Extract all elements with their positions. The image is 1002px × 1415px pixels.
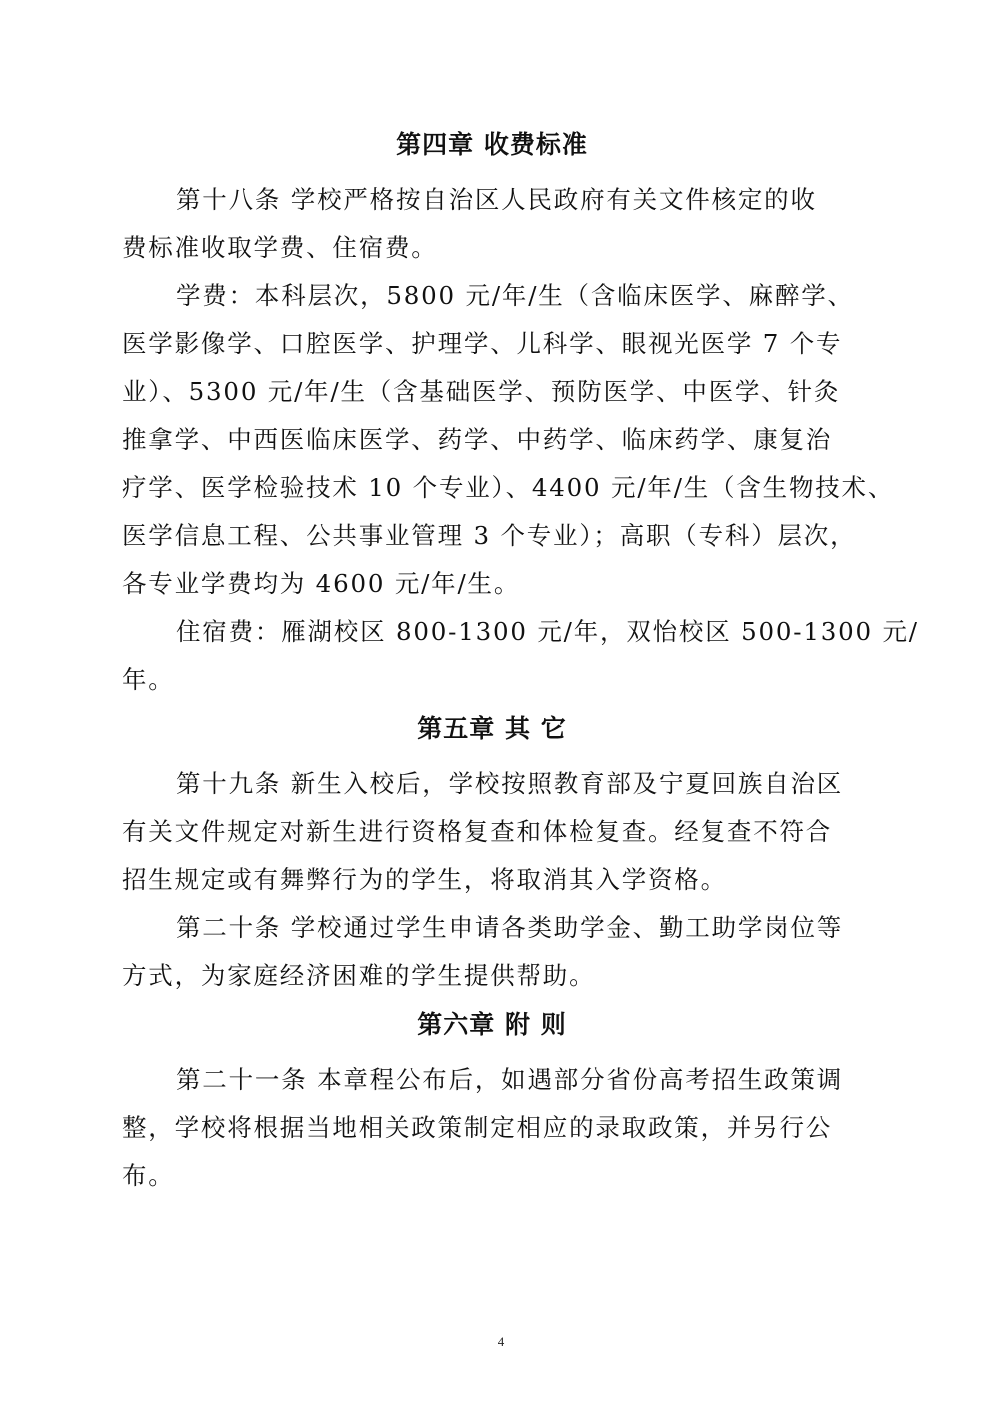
chapter-title: 第五章 其 它 — [122, 704, 862, 754]
text-line: 布。 — [122, 1152, 862, 1200]
accommodation-paragraph: 住宿费：雁湖校区 800-1300 元/年，双怡校区 500-1300 元/ 年… — [122, 608, 862, 704]
text-line: 第十九条 新生入校后，学校按照教育部及宁夏回族自治区 — [122, 760, 862, 808]
text-line: 第二十一条 本章程公布后，如遇部分省份高考招生政策调 — [122, 1056, 862, 1104]
article-19: 第十九条 新生入校后，学校按照教育部及宁夏回族自治区 有关文件规定对新生进行资格… — [122, 760, 862, 904]
text-line: 住宿费：雁湖校区 800-1300 元/年，双怡校区 500-1300 元/ — [122, 608, 862, 656]
text-line: 疗学、医学检验技术 10 个专业）、4400 元/年/生（含生物技术、 — [122, 464, 862, 512]
chapter-5: 第五章 其 它 第十九条 新生入校后，学校按照教育部及宁夏回族自治区 有关文件规… — [122, 704, 862, 1000]
text-line: 第二十条 学校通过学生申请各类助学金、勤工助学岗位等 — [122, 904, 862, 952]
chapter-title: 第六章 附 则 — [122, 1000, 862, 1050]
document-page: 第四章 收费标准 第十八条 学校严格按自治区人民政府有关文件核定的收 费标准收取… — [122, 120, 862, 1200]
text-line: 招生规定或有舞弊行为的学生，将取消其入学资格。 — [122, 856, 862, 904]
text-line: 有关文件规定对新生进行资格复查和体检复查。经复查不符合 — [122, 808, 862, 856]
chapter-6: 第六章 附 则 第二十一条 本章程公布后，如遇部分省份高考招生政策调 整，学校将… — [122, 1000, 862, 1200]
text-line: 年。 — [122, 656, 862, 704]
article-18: 第十八条 学校严格按自治区人民政府有关文件核定的收 费标准收取学费、住宿费。 — [122, 176, 862, 272]
text-line: 费标准收取学费、住宿费。 — [122, 224, 862, 272]
text-line: 推拿学、中西医临床医学、药学、中药学、临床药学、康复治 — [122, 416, 862, 464]
text-line: 学费：本科层次，5800 元/年/生（含临床医学、麻醉学、 — [122, 272, 862, 320]
article-21: 第二十一条 本章程公布后，如遇部分省份高考招生政策调 整，学校将根据当地相关政策… — [122, 1056, 862, 1200]
text-line: 第十八条 学校严格按自治区人民政府有关文件核定的收 — [122, 176, 862, 224]
chapter-title: 第四章 收费标准 — [122, 120, 862, 170]
article-20: 第二十条 学校通过学生申请各类助学金、勤工助学岗位等 方式，为家庭经济困难的学生… — [122, 904, 862, 1000]
text-line: 各专业学费均为 4600 元/年/生。 — [122, 560, 862, 608]
text-line: 业）、5300 元/年/生（含基础医学、预防医学、中医学、针灸 — [122, 368, 862, 416]
text-line: 医学信息工程、公共事业管理 3 个专业）；高职（专科）层次， — [122, 512, 862, 560]
chapter-4: 第四章 收费标准 第十八条 学校严格按自治区人民政府有关文件核定的收 费标准收取… — [122, 120, 862, 704]
page-number: 4 — [0, 1334, 1002, 1350]
tuition-paragraph: 学费：本科层次，5800 元/年/生（含临床医学、麻醉学、 医学影像学、口腔医学… — [122, 272, 862, 608]
text-line: 方式，为家庭经济困难的学生提供帮助。 — [122, 952, 862, 1000]
text-line: 整，学校将根据当地相关政策制定相应的录取政策，并另行公 — [122, 1104, 862, 1152]
text-line: 医学影像学、口腔医学、护理学、儿科学、眼视光医学 7 个专 — [122, 320, 862, 368]
